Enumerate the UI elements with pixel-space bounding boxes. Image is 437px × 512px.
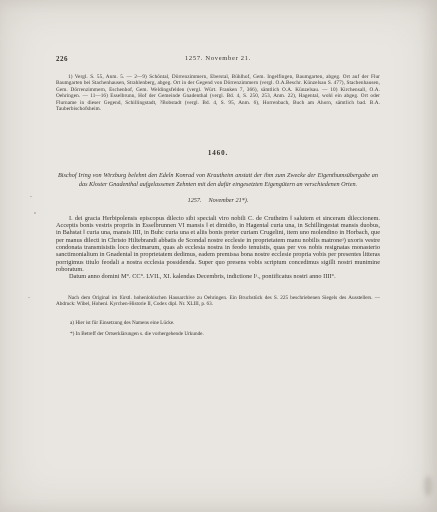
charter-latin-text: I. dei gracia Herbipolensis episcopus di…: [56, 215, 380, 274]
scan-smudge: [424, 476, 432, 496]
running-head: 1257. November 21.: [56, 55, 380, 62]
scan-artifact: [28, 297, 30, 298]
datum-clause: Datum anno domini M°. CC°. LVII., XI. ka…: [56, 273, 380, 280]
page-header: 226 1257. November 21.: [56, 55, 380, 65]
footnote-star: *) In Betreff der Ortserklärungen s. die…: [70, 331, 380, 337]
footnote-a: a) Hier ist für Einsetzung des Namens ei…: [70, 320, 380, 326]
page-content: 226 1257. November 21. 1) Vergl. S. 55, …: [56, 55, 380, 338]
charter-date-line: 1257.November 21*).: [56, 197, 380, 204]
scanned-book-page: 226 1257. November 21. 1) Vergl. S. 55, …: [0, 0, 437, 512]
charter-entry: 1460. Bischof Iring von Wirzburg belehnt…: [56, 149, 380, 338]
date-day: November 21*).: [209, 197, 249, 204]
charter-regest: Bischof Iring von Wirzburg belehnt den E…: [58, 171, 378, 189]
date-year: 1257.: [188, 197, 202, 204]
scan-artifact: [30, 196, 32, 197]
scan-artifact: [34, 212, 36, 214]
page-number: 226: [56, 55, 68, 63]
charter-number: 1460.: [56, 149, 380, 157]
source-note: Nach dem Original im fürstl. hohenlohisc…: [56, 295, 380, 308]
top-footnote-block: 1) Vergl. S. 55, Anm. 5. — 2—9) Schöntal…: [56, 74, 380, 113]
